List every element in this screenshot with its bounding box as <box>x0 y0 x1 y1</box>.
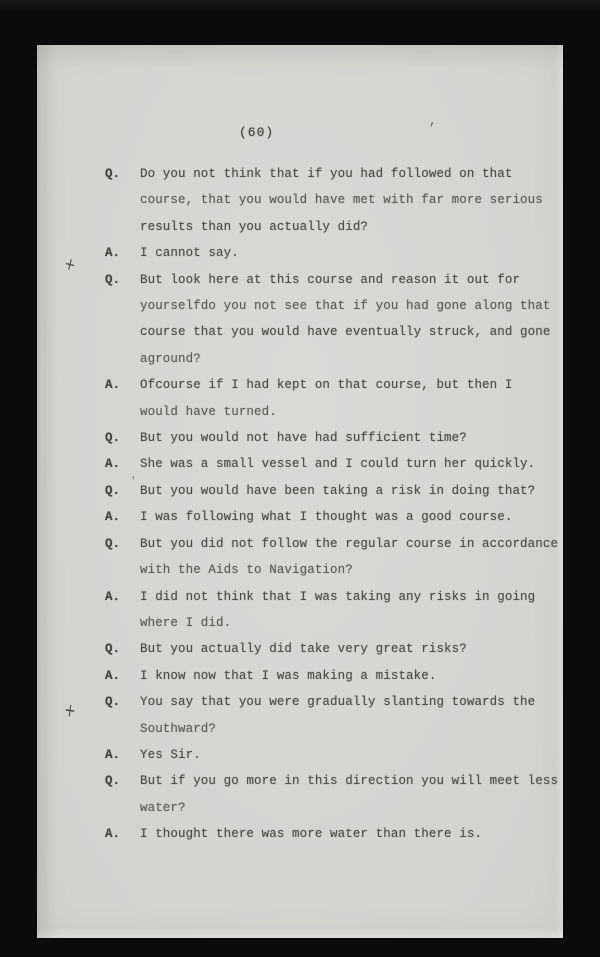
qa-entry: Q.But you would have been taking a risk … <box>37 478 563 504</box>
transcript-line: course, that you would have met with far… <box>140 187 563 213</box>
page-number: (60) <box>239 125 274 140</box>
transcript-line: where I did. <box>140 610 563 636</box>
qa-entry: A.I did not think that I was taking any … <box>37 584 563 637</box>
qa-entry: A.I cannot say. <box>37 240 563 266</box>
answer-lines: She was a small vessel and I could turn … <box>140 451 563 477</box>
transcript-line: But you did not follow the regular cours… <box>140 531 563 557</box>
speaker-label: Q. <box>105 768 140 794</box>
answer-lines: But if you go more in this direction you… <box>140 768 563 821</box>
qa-entry: A.I thought there was more water than th… <box>37 821 563 847</box>
answer-lines: But you would have been taking a risk in… <box>140 478 563 504</box>
transcript-line: But you would not have had sufficient ti… <box>140 425 563 451</box>
transcript-line: I was following what I thought was a goo… <box>140 504 563 530</box>
scanned-page-photo: (60) ’ ' + + Q.Do you not think that if … <box>0 0 600 957</box>
answer-lines: But you would not have had sufficient ti… <box>140 425 563 451</box>
speaker-label: A. <box>105 240 140 266</box>
transcript-line: Ofcourse if I had kept on that course, b… <box>140 372 563 398</box>
qa-entry: A.She was a small vessel and I could tur… <box>37 451 563 477</box>
speaker-label: Q. <box>105 636 140 662</box>
transcript-line: aground? <box>140 346 563 372</box>
speaker-label: A. <box>105 504 140 530</box>
speaker-label: Q. <box>105 161 140 187</box>
speaker-label: A. <box>105 451 140 477</box>
qa-entry: Q.But if you go more in this direction y… <box>37 768 563 821</box>
answer-lines: I was following what I thought was a goo… <box>140 504 563 530</box>
answer-lines: I thought there was more water than ther… <box>140 821 563 847</box>
transcript-line: yourselfdo you not see that if you had g… <box>140 293 563 319</box>
qa-transcript: Q.Do you not think that if you had follo… <box>37 161 563 848</box>
transcript-line: water? <box>140 795 563 821</box>
speaker-label: A. <box>105 663 140 689</box>
speaker-label: A. <box>105 372 140 398</box>
answer-lines: You say that you were gradually slanting… <box>140 689 563 742</box>
answer-lines: Ofcourse if I had kept on that course, b… <box>140 372 563 425</box>
qa-entry: Q.But you did not follow the regular cou… <box>37 531 563 584</box>
transcript-line: course that you would have eventually st… <box>140 319 563 345</box>
qa-entry: Q.But you actually did take very great r… <box>37 636 563 662</box>
transcript-line: But you actually did take very great ris… <box>140 636 563 662</box>
transcript-line: I thought there was more water than ther… <box>140 821 563 847</box>
speaker-label: Q. <box>105 689 140 715</box>
speaker-label: A. <box>105 584 140 610</box>
answer-lines: I cannot say. <box>140 240 563 266</box>
transcript-line: I cannot say. <box>140 240 563 266</box>
transcript-line: She was a small vessel and I could turn … <box>140 451 563 477</box>
transcript-line: But if you go more in this direction you… <box>140 768 563 794</box>
answer-lines: Do you not think that if you had followe… <box>140 161 563 240</box>
speaker-label: Q. <box>105 478 140 504</box>
answer-lines: I know now that I was making a mistake. <box>140 663 563 689</box>
transcript-line: results than you actually did? <box>140 214 563 240</box>
speaker-label: Q. <box>105 267 140 293</box>
qa-entry: Q.But look here at this course and reaso… <box>37 267 563 373</box>
qa-entry: Q.You say that you were gradually slanti… <box>37 689 563 742</box>
answer-lines: Yes Sir. <box>140 742 563 768</box>
answer-lines: But you did not follow the regular cours… <box>140 531 563 584</box>
qa-entry: A.Yes Sir. <box>37 742 563 768</box>
qa-entry: A.I know now that I was making a mistake… <box>37 663 563 689</box>
speaker-label: Q. <box>105 531 140 557</box>
transcript-line: But you would have been taking a risk in… <box>140 478 563 504</box>
transcript-line: But look here at this course and reason … <box>140 267 563 293</box>
answer-lines: But you actually did take very great ris… <box>140 636 563 662</box>
qa-entry: A.I was following what I thought was a g… <box>37 504 563 530</box>
answer-lines: I did not think that I was taking any ri… <box>140 584 563 637</box>
speaker-label: Q. <box>105 425 140 451</box>
transcript-line: Yes Sir. <box>140 742 563 768</box>
qa-entry: A.Ofcourse if I had kept on that course,… <box>37 372 563 425</box>
transcript-line: Southward? <box>140 716 563 742</box>
transcript-line: I know now that I was making a mistake. <box>140 663 563 689</box>
qa-entry: Q.But you would not have had sufficient … <box>37 425 563 451</box>
qa-entry: Q.Do you not think that if you had follo… <box>37 161 563 240</box>
transcript-line: with the Aids to Navigation? <box>140 557 563 583</box>
transcript-line: I did not think that I was taking any ri… <box>140 584 563 610</box>
document-page: (60) ’ ' + + Q.Do you not think that if … <box>37 45 563 938</box>
transcript-line: would have turned. <box>140 399 563 425</box>
transcript-line: Do you not think that if you had followe… <box>140 161 563 187</box>
speaker-label: A. <box>105 742 140 768</box>
answer-lines: But look here at this course and reason … <box>140 267 563 373</box>
speaker-label: A. <box>105 821 140 847</box>
stray-pencil-tick: ’ <box>428 121 436 136</box>
transcript-line: You say that you were gradually slanting… <box>140 689 563 715</box>
